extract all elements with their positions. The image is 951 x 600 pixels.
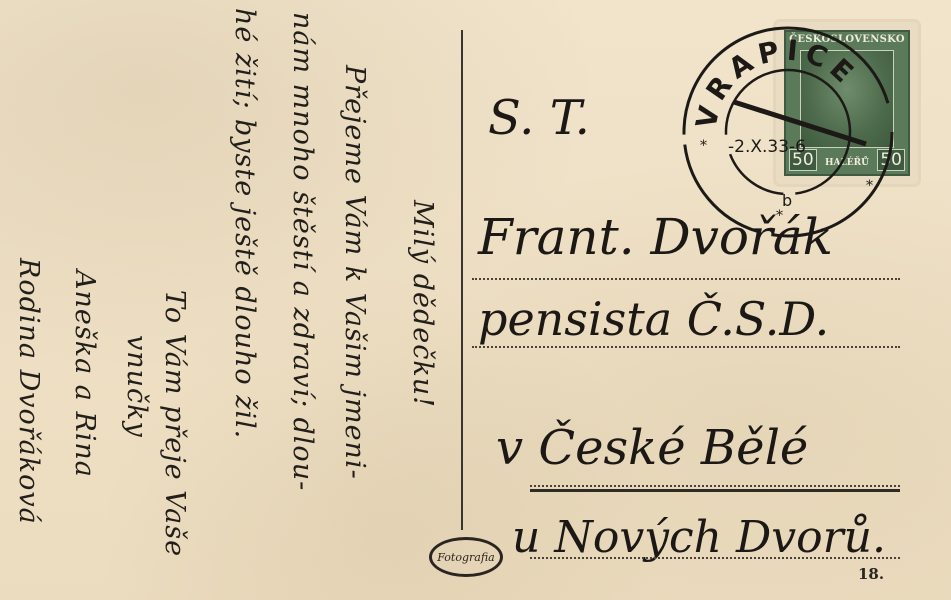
- message-line-1: Přejeme Vám k Vašim jmeni-: [339, 65, 370, 480]
- publisher-logo: Fotografia: [429, 537, 503, 577]
- postmark-date: -2.X.33-6: [728, 137, 806, 157]
- address-place: v České Bělé: [496, 420, 808, 476]
- message-line-5: vnučky: [121, 335, 152, 438]
- address-salutation: S. T.: [488, 90, 590, 146]
- address-line-3: [530, 485, 900, 487]
- svg-text:*: *: [700, 138, 707, 154]
- message-line-7: Rodina Dvořáková: [13, 258, 44, 525]
- message-greeting: Milý dědečku!: [407, 200, 438, 408]
- message-line-2: nám mnoho štěstí a zdraví; dlou-: [287, 12, 318, 491]
- postmark-suffix: b: [782, 191, 792, 210]
- address-underline: [530, 489, 900, 492]
- svg-text:*: *: [776, 208, 783, 224]
- address-title: pensista Č.S.D.: [478, 292, 829, 346]
- address-line-4: [530, 557, 900, 559]
- center-divider: [461, 30, 463, 530]
- message-line-3: hé žití; byste ještě dlouho žil.: [229, 8, 260, 439]
- card-number: 18.: [858, 565, 884, 583]
- message-line-6: Aneška a Rina: [69, 270, 100, 478]
- postmark-icon: VRAPICE -2.X.33-6 b * * *: [676, 20, 900, 244]
- svg-text:*: *: [866, 178, 873, 194]
- address-street: u Nových Dvorů.: [512, 512, 886, 563]
- address-line-1: [472, 278, 900, 280]
- message-line-4: To Vám přeje Vaše: [159, 290, 190, 557]
- postcard: Milý dědečku! Přejeme Vám k Vašim jmeni-…: [0, 0, 951, 600]
- address-line-2: [472, 346, 900, 348]
